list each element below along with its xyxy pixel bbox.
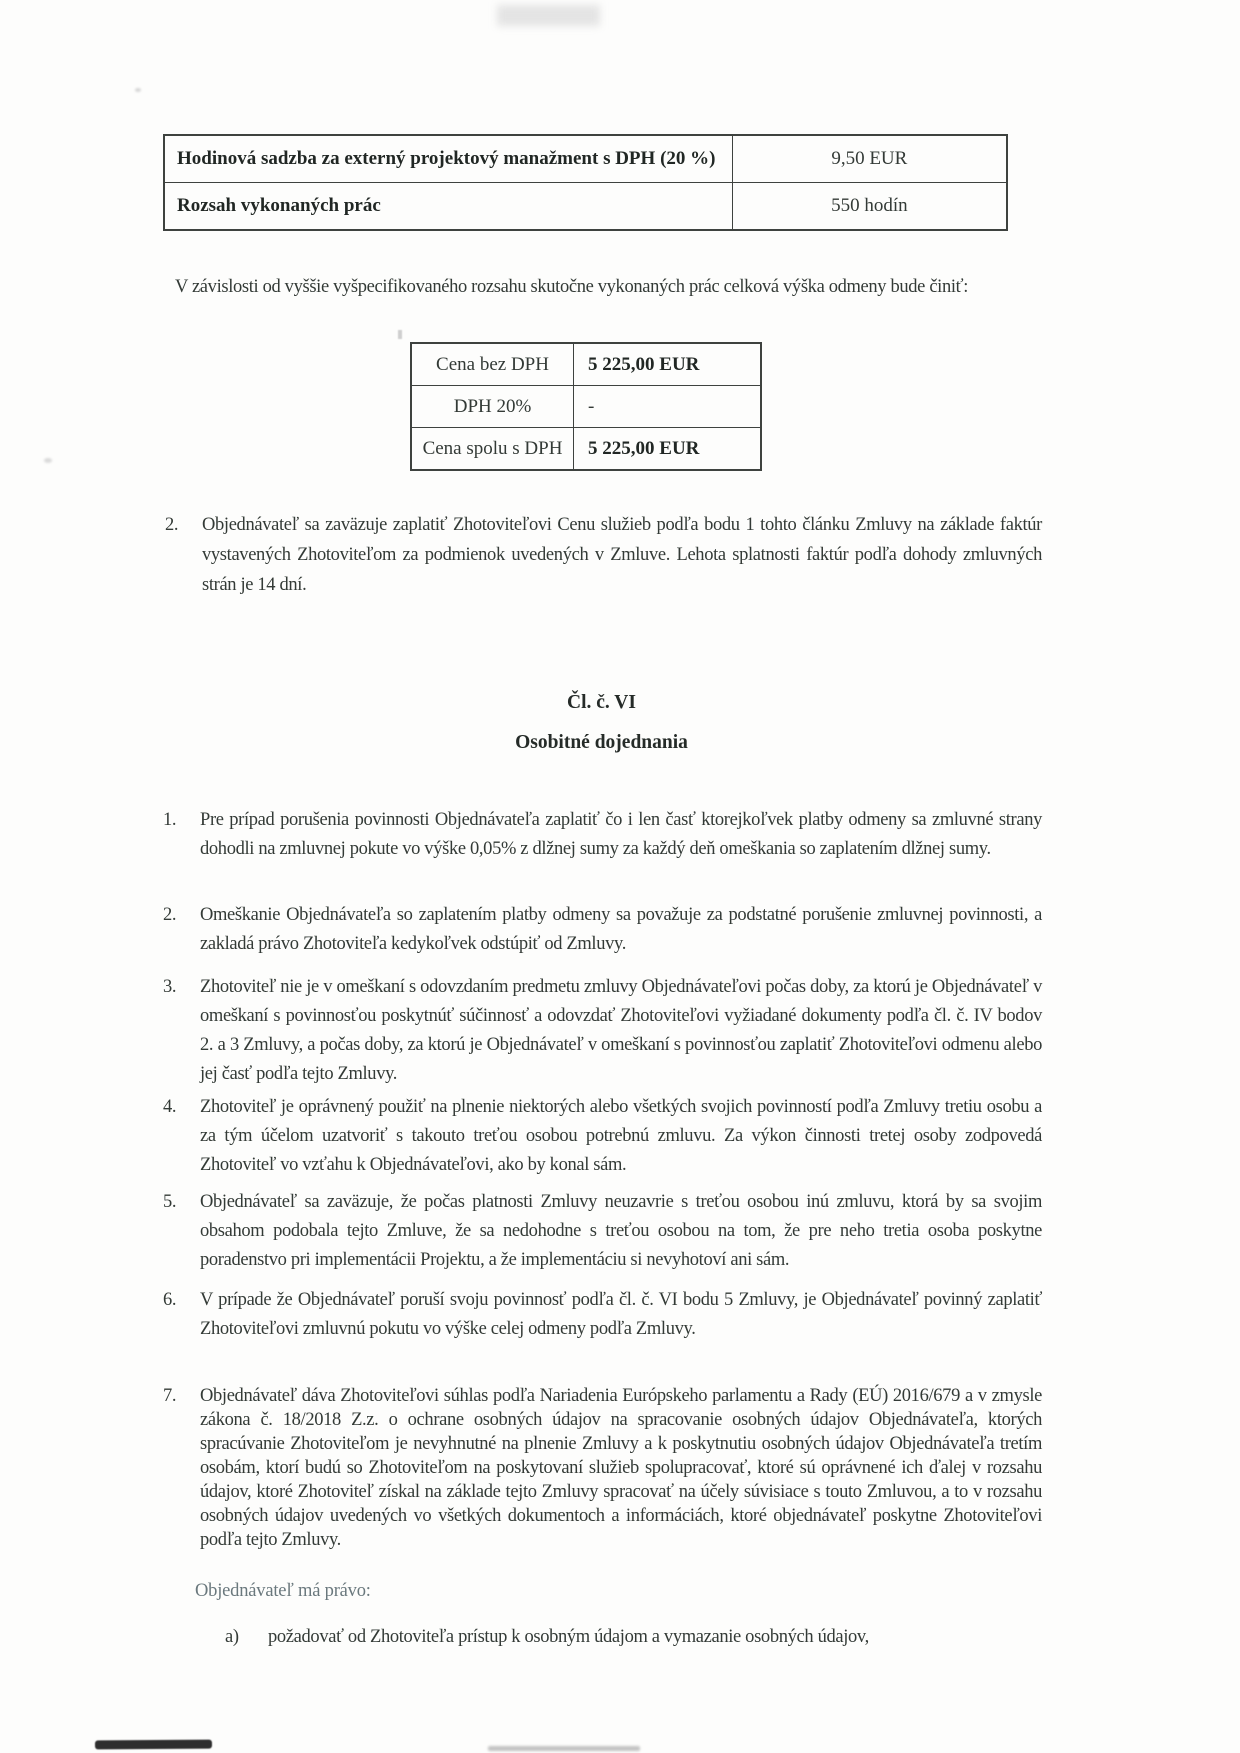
table-row: DPH 20% - <box>411 386 761 428</box>
special-item-7: 7. Objednávateľ dáva Zhotoviteľovi súhla… <box>163 1384 1042 1552</box>
section-title: Čl. č. VI <box>163 692 1040 714</box>
item-number: 2. <box>163 901 200 959</box>
scan-speck <box>398 330 402 339</box>
special-item-6: 6. V prípade že Objednávateľ poruší svoj… <box>163 1286 1042 1344</box>
item-number: 4. <box>163 1093 200 1180</box>
scan-speck <box>44 458 52 463</box>
scope-label: Rozsah vykonaných prác <box>164 183 732 231</box>
price-total-label: Cena spolu s DPH <box>411 428 574 471</box>
scan-mark-bottom-left <box>95 1740 212 1750</box>
rate-value: 9,50 EUR <box>732 135 1007 183</box>
item-text: V prípade že Objednávateľ poruší svoju p… <box>200 1286 1042 1344</box>
item-text: Zhotoviteľ je oprávnený použiť na plneni… <box>200 1093 1042 1180</box>
item-text: Objednávateľ dáva Zhotoviteľovi súhlas p… <box>200 1384 1042 1552</box>
clause-number: 2. <box>165 510 202 600</box>
right-item-a: a) požadovať od Zhotoviteľa prístup k os… <box>225 1622 1040 1652</box>
item-number: 3. <box>163 973 200 1089</box>
item-number: 7. <box>163 1384 200 1552</box>
item-text: Objednávateľ sa zaväzuje, že počas platn… <box>200 1188 1042 1275</box>
clause-text: Objednávateľ sa zaväzuje zaplatiť Zhotov… <box>202 510 1042 600</box>
special-item-2: 2. Omeškanie Objednávateľa so zaplatením… <box>163 901 1042 959</box>
table-row: Hodinová sadzba za externý projektový ma… <box>164 135 1007 183</box>
item-number: 1. <box>163 806 200 864</box>
special-item-4: 4. Zhotoviteľ je oprávnený použiť na pln… <box>163 1093 1042 1180</box>
price-net-label: Cena bez DPH <box>411 343 574 386</box>
table-row: Rozsah vykonaných prác 550 hodín <box>164 183 1007 231</box>
rights-intro: Objednávateľ má právo: <box>195 1576 795 1606</box>
price-net-value: 5 225,00 EUR <box>574 343 761 386</box>
hourly-rate-table: Hodinová sadzba za externý projektový ma… <box>163 134 1008 231</box>
scan-smudge-top <box>497 5 600 26</box>
intro-paragraph: V závislosti od vyššie vyšpecifikovaného… <box>175 272 1037 302</box>
item-number: 6. <box>163 1286 200 1344</box>
price-summary-table: Cena bez DPH 5 225,00 EUR DPH 20% - Cena… <box>410 342 762 471</box>
special-item-1: 1. Pre prípad porušenia povinnosti Objed… <box>163 806 1042 864</box>
section-subtitle: Osobitné dojednania <box>163 732 1040 754</box>
vat-label: DPH 20% <box>411 386 574 428</box>
item-text: požadovať od Zhotoviteľa prístup k osobn… <box>268 1622 1040 1652</box>
item-letter: a) <box>225 1622 268 1652</box>
table-row: Cena spolu s DPH 5 225,00 EUR <box>411 428 761 471</box>
item-text: Pre prípad porušenia povinnosti Objednáv… <box>200 806 1042 864</box>
price-total-value: 5 225,00 EUR <box>574 428 761 471</box>
vat-value: - <box>574 386 761 428</box>
item-number: 5. <box>163 1188 200 1275</box>
scan-mark-bottom-center <box>488 1746 640 1751</box>
document-page: Hodinová sadzba za externý projektový ma… <box>0 0 1240 1753</box>
rate-label: Hodinová sadzba za externý projektový ma… <box>164 135 732 183</box>
scan-speck <box>135 88 141 92</box>
scope-value: 550 hodín <box>732 183 1007 231</box>
table-row: Cena bez DPH 5 225,00 EUR <box>411 343 761 386</box>
special-item-3: 3. Zhotoviteľ nie je v omeškaní s odovzd… <box>163 973 1042 1089</box>
special-item-5: 5. Objednávateľ sa zaväzuje, že počas pl… <box>163 1188 1042 1275</box>
item-text: Omeškanie Objednávateľa so zaplatením pl… <box>200 901 1042 959</box>
clause-payment: 2. Objednávateľ sa zaväzuje zaplatiť Zho… <box>165 510 1042 600</box>
item-text: Zhotoviteľ nie je v omeškaní s odovzdaní… <box>200 973 1042 1089</box>
